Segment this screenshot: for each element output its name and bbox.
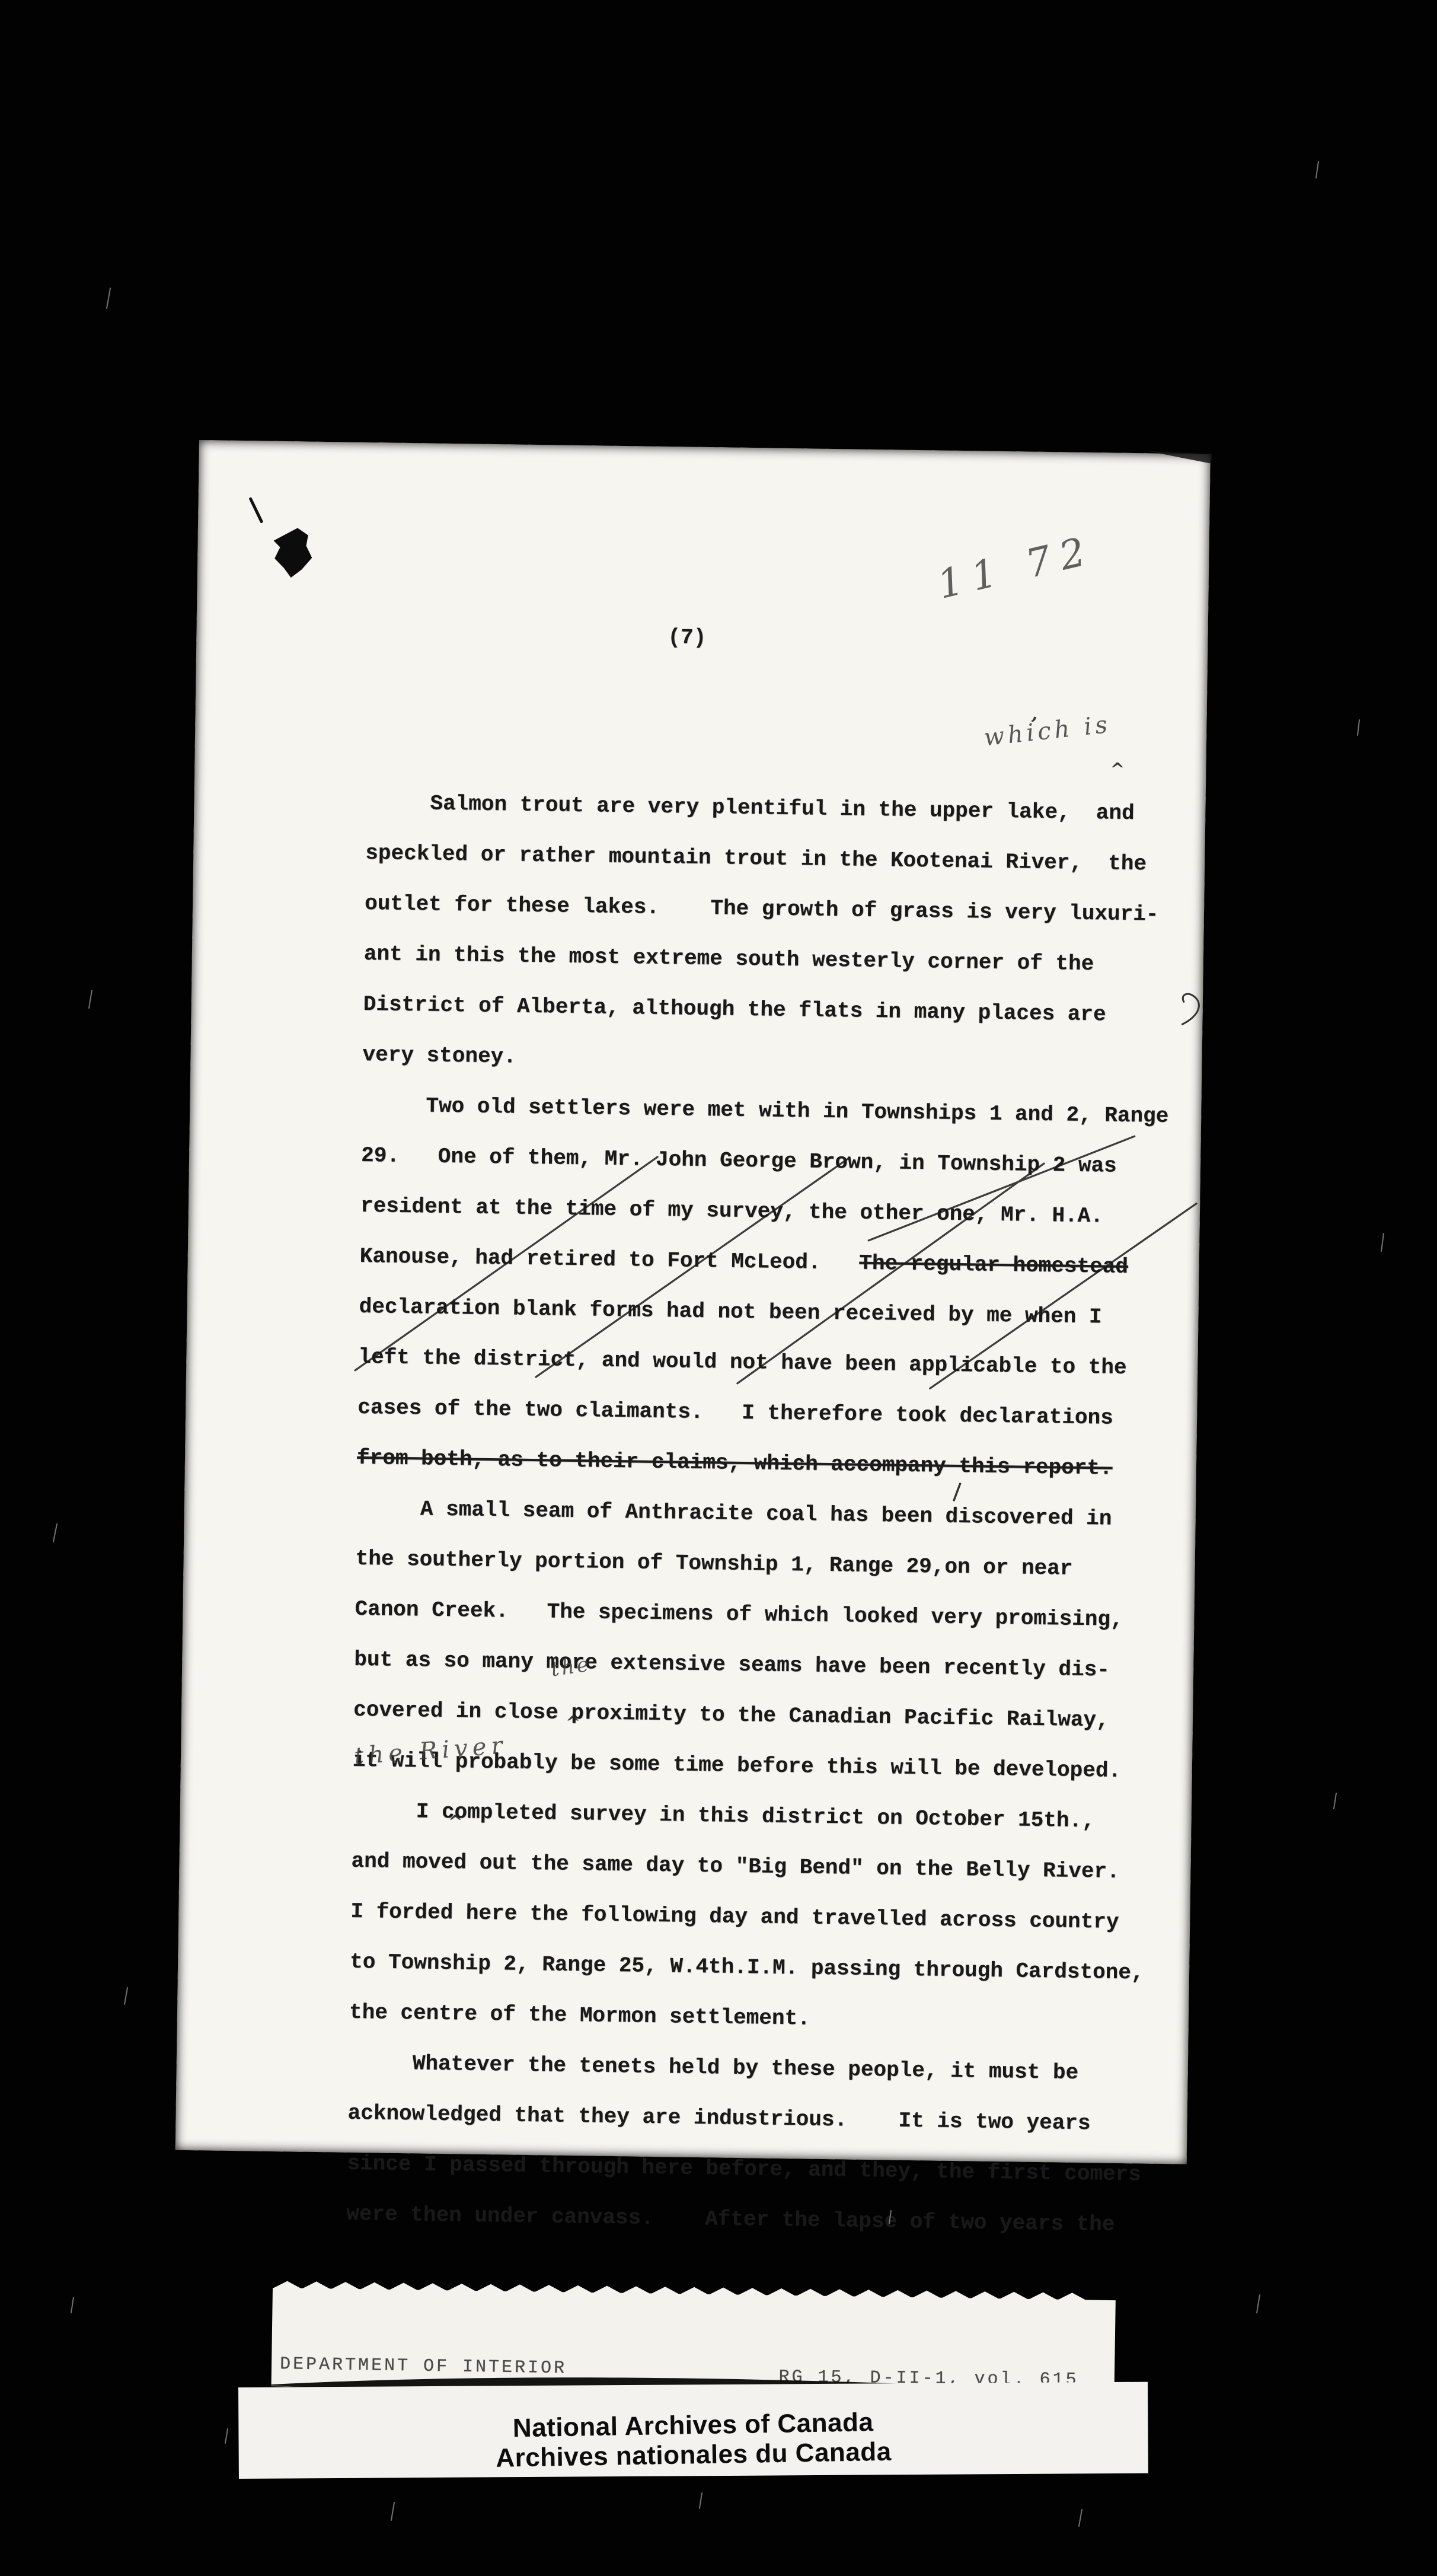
typed-line-text: and moved out the same day to "Big Bend"… — [351, 1849, 1120, 1884]
struck-text: from both, as to their claims, which acc… — [357, 1446, 1113, 1481]
document-page: 11 72 (7) Salmon trout are very plentifu… — [175, 440, 1211, 2164]
page-number: (7) — [668, 624, 706, 651]
archives-footer-text: National Archives of Canada Archives nat… — [238, 2403, 1148, 2478]
typed-line-text: Two old settlers were met with in Townsh… — [362, 1093, 1168, 1128]
ink-blob — [273, 528, 312, 578]
typed-line-text: I completed survey in this district on O… — [352, 1799, 1094, 1833]
typed-line-text: ant in this the most extreme south weste… — [364, 942, 1094, 976]
typed-line-text: A small seam of Anthracite coal has been… — [356, 1496, 1112, 1531]
typed-line-text: speckled or rather mountain trout in the… — [365, 841, 1147, 876]
typed-line-text: declaration blank forms had not been rec… — [359, 1295, 1101, 1329]
typed-line-text: were then under canvass. After the lapse… — [346, 2202, 1115, 2237]
typed-line-text: District of Alberta, although the flats … — [363, 992, 1106, 1026]
typed-line-text: the southerly portion of Township 1, Ran… — [355, 1547, 1072, 1581]
typed-line-text: Canon Creek. The specimens of which look… — [355, 1597, 1123, 1632]
typed-line-text: left the district, and would not have be… — [358, 1345, 1127, 1380]
caret-mark-forded: ^ — [448, 1813, 463, 1831]
typed-line-text: Kanouse, had retired to Fort McLeod. — [360, 1244, 860, 1276]
typed-line-text: Whatever the tenets held by these people… — [349, 2051, 1079, 2085]
handwritten-folio-number: 11 72 — [934, 517, 1151, 606]
typed-line-text: cases of the two claimants. I therefore … — [357, 1395, 1113, 1430]
typed-line-text: 29. One of them, Mr. John George Brown, … — [361, 1143, 1117, 1178]
archives-footer-band: National Archives of Canada Archives nat… — [238, 2382, 1148, 2479]
struck-text: The regular homestead — [859, 1251, 1128, 1279]
microfilm-frame: 11 72 (7) Salmon trout are very plentifu… — [0, 0, 1437, 2576]
caret-mark-river: ^ — [1110, 761, 1125, 779]
page-corner-fold — [1146, 451, 1212, 463]
typed-line-text: outlet for these lakes. The growth of gr… — [365, 891, 1159, 927]
caret-mark-survey: ^ — [566, 1714, 581, 1732]
typed-line: were then under canvass. After the lapse… — [346, 2189, 1154, 2250]
typed-line-text: acknowledged that they are industrious. … — [347, 2101, 1090, 2135]
typed-line-text: covered in close proximity to the Canadi… — [353, 1698, 1109, 1733]
range-flourish — [1182, 994, 1199, 1025]
typed-line-text: but as so many more extensive seams have… — [354, 1647, 1110, 1682]
typed-text-block: Salmon trout are very plentiful in the u… — [344, 677, 1174, 2351]
typed-line-text: very stoney. — [362, 1042, 516, 1069]
typed-line-text: I forded here the following day and trav… — [350, 1899, 1119, 1934]
typed-line-text: to Township 2, Range 25, W.4th.I.M. pass… — [350, 1950, 1144, 1985]
typed-line-text: resident at the time of my survey, the o… — [360, 1194, 1103, 1228]
typed-line-text: the centre of the Mormon settlement. — [349, 2000, 810, 2031]
pen-backslash — [250, 499, 262, 521]
typed-line-text: since I passed through here before, and … — [347, 2151, 1141, 2187]
typed-line-text: Salmon trout are very plentiful in the u… — [366, 790, 1135, 825]
